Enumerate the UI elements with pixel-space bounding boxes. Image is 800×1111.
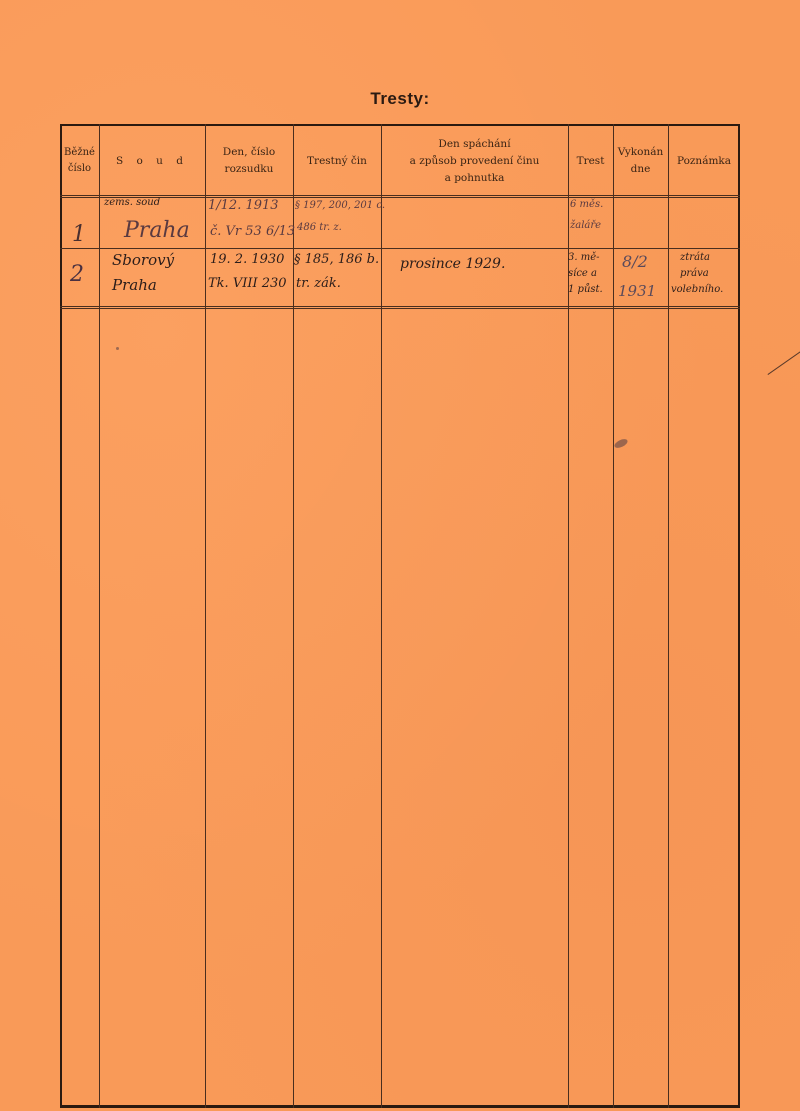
header-note: Poznámka [668,126,740,196]
column-divider [381,124,382,1108]
offense-line: 486 tr. z. [297,222,342,233]
note-line: ztráta [680,252,710,263]
page-title: Tresty: [0,89,800,109]
served-line: 8/2 [622,252,648,271]
column-divider [293,124,294,1108]
court-line: zems. soud [104,197,160,208]
header-offense: Trestný čin [293,126,381,196]
sentence-line: žaláře [570,220,601,231]
verdict-line: 1/12. 1913 [208,198,279,213]
sentence-line: 1 půst. [568,284,603,295]
column-divider [613,124,614,1108]
column-divider [668,124,669,1108]
row-divider [60,306,740,309]
header-commission: Den spáchánía způsob provedení činua poh… [381,126,568,196]
verdict-line: č. Vr 53 6/13 [210,224,295,239]
court-line: Sborový [112,251,174,269]
commission-text: prosince 1929. [400,256,505,272]
court-line: Praha [112,276,157,294]
header-verdict: Den, číslorozsudku [205,126,293,196]
header-court: S o u d [99,126,205,196]
row-number: 2 [70,262,84,287]
verdict-line: Tk. VIII 230 [208,276,287,291]
note-line: volebního. [671,284,723,295]
paper-speck [116,347,119,350]
pencil-mark [768,350,800,375]
sentence-line: 6 měs. [570,199,603,210]
offense-line: § 197, 200, 201 c. [295,200,385,211]
header-sentence: Trest [568,126,613,196]
sentence-line: 3. mě- [568,252,600,263]
column-divider [205,124,206,1108]
offense-line: tr. zák. [296,276,341,291]
header-number: Běžnéčíslo [60,126,99,196]
offense-line: § 185, 186 b. [294,252,379,267]
column-divider [99,124,100,1108]
row-number: 1 [72,222,86,247]
row-divider [60,248,740,249]
served-line: 1931 [618,282,656,300]
court-line: Praha [124,218,190,243]
note-line: práva [680,268,709,279]
verdict-line: 19. 2. 1930 [210,252,284,267]
sentence-line: síce a [568,268,597,279]
header-served: Vykonándne [613,126,668,196]
